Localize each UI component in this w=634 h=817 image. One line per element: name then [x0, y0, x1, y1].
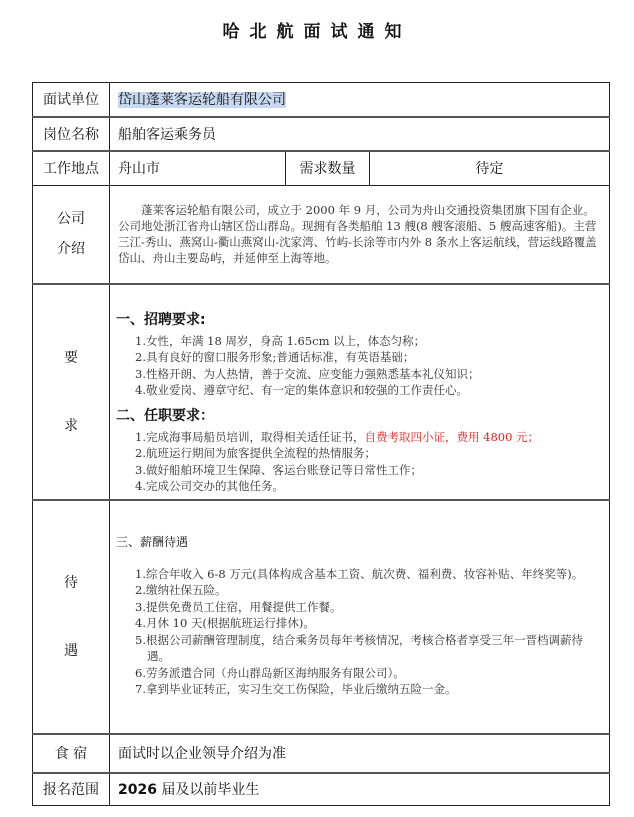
position-value: 船舶客运乘务员	[110, 117, 610, 151]
company-label: 面试单位	[33, 83, 110, 117]
list-item: 2.具有良好的窗口服务形象;普通话标准，有英语基础；	[135, 349, 599, 366]
requirements-content: 一、招聘要求: 1.女性，年满 18 周岁，身高 1.65cm 以上，体态匀称；…	[110, 284, 610, 500]
job-requirements-list: 1.完成海事局船员培训，取得相关适任证书，自费考取四小证，费用 4800 元； …	[110, 429, 609, 495]
list-item: 4.月休 10 天(根据航班运行排休)。	[135, 615, 599, 632]
list-item: 4.完成公司交办的其他任务。	[135, 478, 599, 495]
list-item: 3.做好船舶环境卫生保障、客运台账登记等日常性工作；	[135, 462, 599, 479]
row-intro: 公司 介绍 蓬莱客运轮船有限公司，成立于 2000 年 9 月，公司为舟山交通投…	[33, 186, 610, 284]
recruit-requirements-list: 1.女性，年满 18 周岁，身高 1.65cm 以上，体态匀称； 2.具有良好的…	[110, 333, 609, 399]
accommodation-label: 食 宿	[33, 734, 110, 773]
benefits-label: 待 遇	[33, 500, 110, 734]
list-item: 1.综合年收入 6-8 万元(具体构成含基本工资、航次费、福利费、妆容补贴、年终…	[135, 566, 599, 583]
intro-text: 蓬莱客运轮船有限公司，成立于 2000 年 9 月，公司为舟山交通投资集团旗下国…	[110, 186, 610, 284]
quantity-label: 需求数量	[286, 151, 370, 186]
location-label: 工作地点	[33, 151, 110, 186]
intro-label-line2: 介绍	[33, 234, 109, 264]
benefits-content: 三、薪酬待遇 1.综合年收入 6-8 万元(具体构成含基本工资、航次费、福利费、…	[110, 500, 610, 734]
row-accommodation: 食 宿 面试时以企业领导介绍为准	[33, 734, 610, 773]
requirements-label-line1: 要	[33, 343, 109, 373]
recruit-requirements-title: 一、招聘要求:	[116, 309, 609, 329]
list-item: 2.缴纳社保五险。	[135, 582, 599, 599]
notice-table: 面试单位 岱山蓬莱客运轮船有限公司 岗位名称 船舶客运乘务员 工作地点 舟山市 …	[32, 82, 610, 806]
requirements-label: 要 求	[33, 284, 110, 500]
list-item: 1.完成海事局船员培训，取得相关适任证书，自费考取四小证，费用 4800 元；	[135, 429, 599, 446]
scope-rest: 届及以前毕业生	[157, 782, 259, 798]
company-value[interactable]: 岱山蓬莱客运轮船有限公司	[118, 92, 286, 108]
list-item: 4.敬业爱岗、遵章守纪、有一定的集体意识和较强的工作责任心。	[135, 382, 599, 399]
row-position: 岗位名称 船舶客运乘务员	[33, 117, 610, 151]
accommodation-value: 面试时以企业领导介绍为准	[110, 734, 610, 773]
benefits-label-line1: 待	[33, 568, 109, 598]
location-value: 舟山市	[110, 151, 286, 186]
row-requirements: 要 求 一、招聘要求: 1.女性，年满 18 周岁，身高 1.65cm 以上，体…	[33, 284, 610, 500]
row-benefits: 待 遇 三、薪酬待遇 1.综合年收入 6-8 万元(具体构成含基本工资、航次费、…	[33, 500, 610, 734]
benefits-label-line2: 遇	[33, 636, 109, 666]
page-title: 哈北航面试通知	[0, 17, 634, 42]
salary-benefits-title: 三、薪酬待遇	[116, 533, 609, 550]
list-item: 6.劳务派遣合同（舟山群岛新区海纳服务有限公司）。	[135, 665, 599, 682]
intro-label: 公司 介绍	[33, 186, 110, 284]
job-req-1-highlight: 自费考取四小证，费用 4800 元；	[364, 430, 539, 444]
requirements-label-line2: 求	[33, 411, 109, 441]
list-item: 2.航班运行期间为旅客提供全流程的热情服务；	[135, 445, 599, 462]
intro-label-line1: 公司	[33, 204, 109, 234]
row-location: 工作地点 舟山市 需求数量 待定	[33, 151, 610, 186]
position-label: 岗位名称	[33, 117, 110, 151]
scope-value: 2026 届及以前毕业生	[110, 773, 610, 806]
job-requirements-title: 二、任职要求：	[116, 405, 609, 425]
row-scope: 报名范围 2026 届及以前毕业生	[33, 773, 610, 806]
list-item: 3.提供免费员工住宿，用餐提供工作餐。	[135, 599, 599, 616]
benefits-list: 1.综合年收入 6-8 万元(具体构成含基本工资、航次费、福利费、妆容补贴、年终…	[110, 566, 609, 698]
job-req-1-text: 1.完成海事局船员培训，取得相关适任证书，	[135, 430, 364, 444]
scope-label: 报名范围	[33, 773, 110, 806]
list-item: 1.女性，年满 18 周岁，身高 1.65cm 以上，体态匀称；	[135, 333, 599, 350]
row-company: 面试单位 岱山蓬莱客运轮船有限公司	[33, 83, 610, 117]
list-item: 7.拿到毕业证转正，实习生交工伤保险，毕业后缴纳五险一金。	[135, 681, 599, 698]
list-item: 3.性格开朗、为人热情，善于交流、应变能力强熟悉基本礼仪知识；	[135, 366, 599, 383]
quantity-value: 待定	[370, 151, 610, 186]
list-item: 5.根据公司薪酬管理制度，结合乘务员每年考核情况，考核合格者享受三年一晋档调薪待…	[135, 632, 599, 665]
scope-year: 2026	[118, 782, 157, 798]
company-value-cell: 岱山蓬莱客运轮船有限公司	[110, 83, 610, 117]
